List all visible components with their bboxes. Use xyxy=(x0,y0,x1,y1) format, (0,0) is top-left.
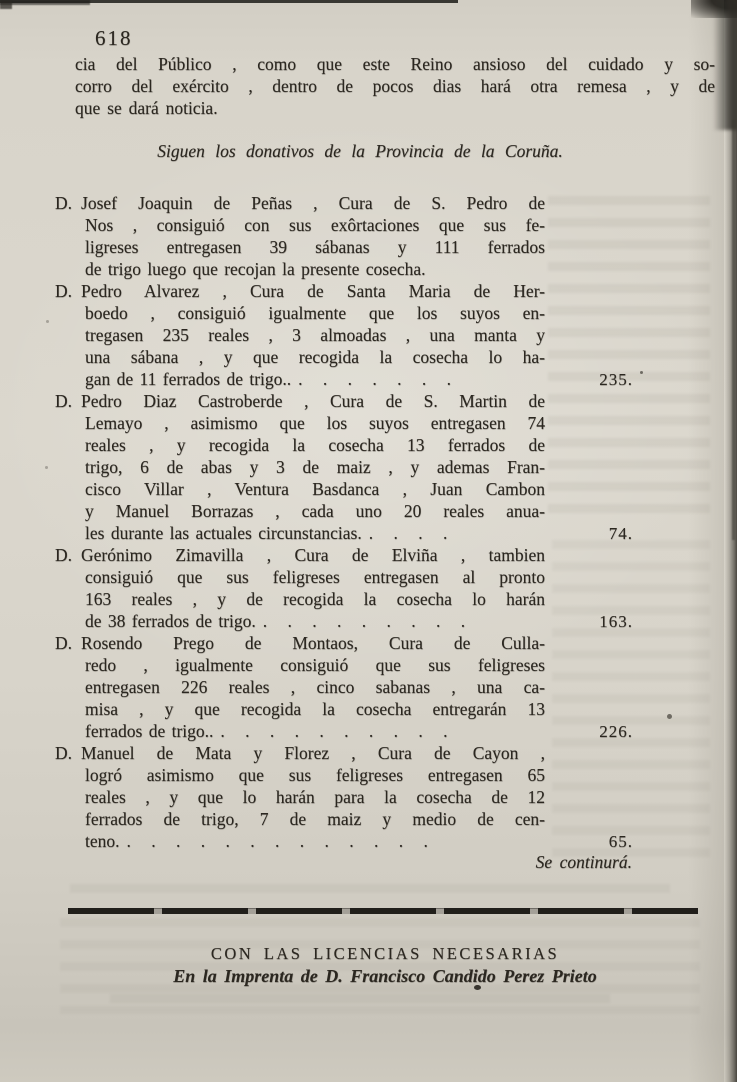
entry-prefix: D. xyxy=(55,281,72,301)
entry-line: entregasen 226 reales , cinco sabanas , … xyxy=(85,676,545,698)
ink-speck xyxy=(46,320,49,323)
donation-amount: 226. xyxy=(547,721,633,743)
entry-line: tregasen 235 reales , 3 almoadas , una m… xyxy=(85,324,545,346)
entry-line: reales , y que lo harán para la cosecha … xyxy=(85,786,545,808)
scan-right-edge-dark xyxy=(713,0,737,130)
donation-entry: D.Rosendo Prego de Montaos, Cura de Cull… xyxy=(55,632,545,742)
entry-line-text: Pedro Diaz Castroberde , Cura de S. Mart… xyxy=(81,391,545,411)
dot-leader: . . . . . . . . . . xyxy=(220,721,448,741)
ink-speck xyxy=(667,714,672,719)
scan-top-edge-thick xyxy=(0,0,90,5)
entry-line: reales , y recogida la cosecha 13 ferrad… xyxy=(85,434,545,456)
entry-line: D.Rosendo Prego de Montaos, Cura de Cull… xyxy=(85,632,545,654)
ink-speck xyxy=(640,371,643,374)
license-line: CON LAS LICENCIAS NECESARIAS xyxy=(30,944,737,964)
scan-right-edge xyxy=(724,0,737,1082)
continuation-note: Se continurá. xyxy=(400,852,632,873)
bleedthrough-below-imprint xyxy=(110,994,610,1016)
entry-line: ferrados de trigo, 7 de maiz y medio de … xyxy=(85,808,545,830)
entry-line-text: de 38 ferrados de trigo. xyxy=(85,611,256,631)
entry-line: y Manuel Borrazas , cada uno 20 reales a… xyxy=(85,500,545,522)
entry-line: consiguió que sus feligreses entregasen … xyxy=(85,566,545,588)
dot-leader: . . . . xyxy=(369,523,449,543)
entry-line: de 38 ferrados de trigo.. . . . . . . . … xyxy=(85,610,545,632)
donation-entry: D.Manuel de Mata y Florez , Cura de Cayo… xyxy=(55,742,545,852)
entry-line-text: Pedro Alvarez , Cura de Santa Maria de H… xyxy=(81,281,545,301)
entry-line-text: ferrados de trigo.. xyxy=(85,721,213,741)
printer-line: En la Imprenta de D. Francisco Candido P… xyxy=(30,966,737,987)
entry-line: cisco Villar , Ventura Basdanca , Juan C… xyxy=(85,478,545,500)
entry-line: D.Josef Joaquin de Peñas , Cura de S. Pe… xyxy=(85,192,545,214)
donations-list: D.Josef Joaquin de Peñas , Cura de S. Pe… xyxy=(55,192,545,852)
scan-right-edge-line xyxy=(732,120,735,540)
entry-line: de trigo luego que recojan la presente c… xyxy=(85,258,545,280)
section-heading: Siguen los donativos de la Provincia de … xyxy=(75,141,645,162)
entry-line: ligreses entregasen 39 sábanas y 111 fer… xyxy=(85,236,545,258)
scanned-gazette-page: 618 cia del Público , como que este Rein… xyxy=(0,0,737,1082)
bleedthrough-right-margin-upper xyxy=(548,196,710,526)
intro-paragraph: cia del Público , como que este Reino an… xyxy=(75,53,715,119)
page-number: 618 xyxy=(95,26,133,51)
entry-line-text: gan de 11 ferrados de trigo.. xyxy=(85,369,291,389)
donation-amount: 163. xyxy=(547,611,633,633)
donation-amount: 235. xyxy=(547,369,633,391)
entry-line-text: Rosendo Prego de Montaos, Cura de Culla- xyxy=(81,633,545,653)
entry-line: les durante las actuales circunstancias.… xyxy=(85,522,545,544)
donation-amount: 74. xyxy=(547,523,633,545)
ink-speck xyxy=(45,466,48,469)
dot-leader: . . . . . . . . . xyxy=(263,611,466,631)
entry-line: gan de 11 ferrados de trigo... . . . . .… xyxy=(85,368,545,390)
entry-line: D.Gerónimo Zimavilla , Cura de Elviña , … xyxy=(85,544,545,566)
entry-line: teno.. . . . . . . . . . . . . xyxy=(85,830,545,852)
donation-amount: 65. xyxy=(547,831,633,853)
entry-line: boedo , consiguió igualmente que los suy… xyxy=(85,302,545,324)
entry-line: una sábana , y que recogida la cosecha l… xyxy=(85,346,545,368)
donation-entry: D.Gerónimo Zimavilla , Cura de Elviña , … xyxy=(55,544,545,632)
bleedthrough-above-rule xyxy=(70,884,670,906)
entry-prefix: D. xyxy=(55,193,72,213)
entry-line: D.Pedro Diaz Castroberde , Cura de S. Ma… xyxy=(85,390,545,412)
entry-prefix: D. xyxy=(55,633,72,653)
entry-prefix: D. xyxy=(55,545,72,565)
intro-line: cia del Público , como que este Reino an… xyxy=(75,53,715,75)
dot-leader: . . . . . . . . . . . . . xyxy=(127,831,429,851)
donation-entry: D.Pedro Diaz Castroberde , Cura de S. Ma… xyxy=(55,390,545,544)
intro-line: que se dará noticia. xyxy=(75,97,715,119)
dot-leader: . . . . . . . xyxy=(298,369,452,389)
bleedthrough-right-margin-lower xyxy=(552,540,710,860)
entry-line: misa , y que recogida la cosecha entrega… xyxy=(85,698,545,720)
page-gutter-shadow xyxy=(688,0,724,1082)
entry-line: D.Manuel de Mata y Florez , Cura de Cayo… xyxy=(85,742,545,764)
donation-entry: D.Josef Joaquin de Peñas , Cura de S. Pe… xyxy=(55,192,545,280)
donation-entry: D.Pedro Alvarez , Cura de Santa Maria de… xyxy=(55,280,545,390)
entry-prefix: D. xyxy=(55,391,72,411)
entry-line: Nos , consiguió con sus exôrtaciones que… xyxy=(85,214,545,236)
entry-line: redo , igualmente consiguió que sus feli… xyxy=(85,654,545,676)
entry-line-text: Josef Joaquin de Peñas , Cura de S. Pedr… xyxy=(81,193,545,213)
entry-line-text: Manuel de Mata y Florez , Cura de Cayon … xyxy=(81,743,545,763)
entry-line: 163 reales , y de recogida la cosecha lo… xyxy=(85,588,545,610)
entry-line: D.Pedro Alvarez , Cura de Santa Maria de… xyxy=(85,280,545,302)
entry-prefix: D. xyxy=(55,743,72,763)
scan-corner-top-left xyxy=(0,0,12,9)
separator-rule xyxy=(68,908,698,914)
entry-line-text: Gerónimo Zimavilla , Cura de Elviña , ta… xyxy=(81,545,545,565)
entry-line: trigo, 6 de abas y 3 de maiz , y ademas … xyxy=(85,456,545,478)
entry-line: logró asimismo que sus feligreses entreg… xyxy=(85,764,545,786)
entry-line-text: teno. xyxy=(85,831,120,851)
entry-line-text: les durante las actuales circunstancias. xyxy=(85,523,362,543)
entry-line: Lemayo , asimismo que los suyos entregas… xyxy=(85,412,545,434)
entry-line: ferrados de trigo... . . . . . . . . . xyxy=(85,720,545,742)
intro-line: corro del exército , dentro de pocos dia… xyxy=(75,75,715,97)
